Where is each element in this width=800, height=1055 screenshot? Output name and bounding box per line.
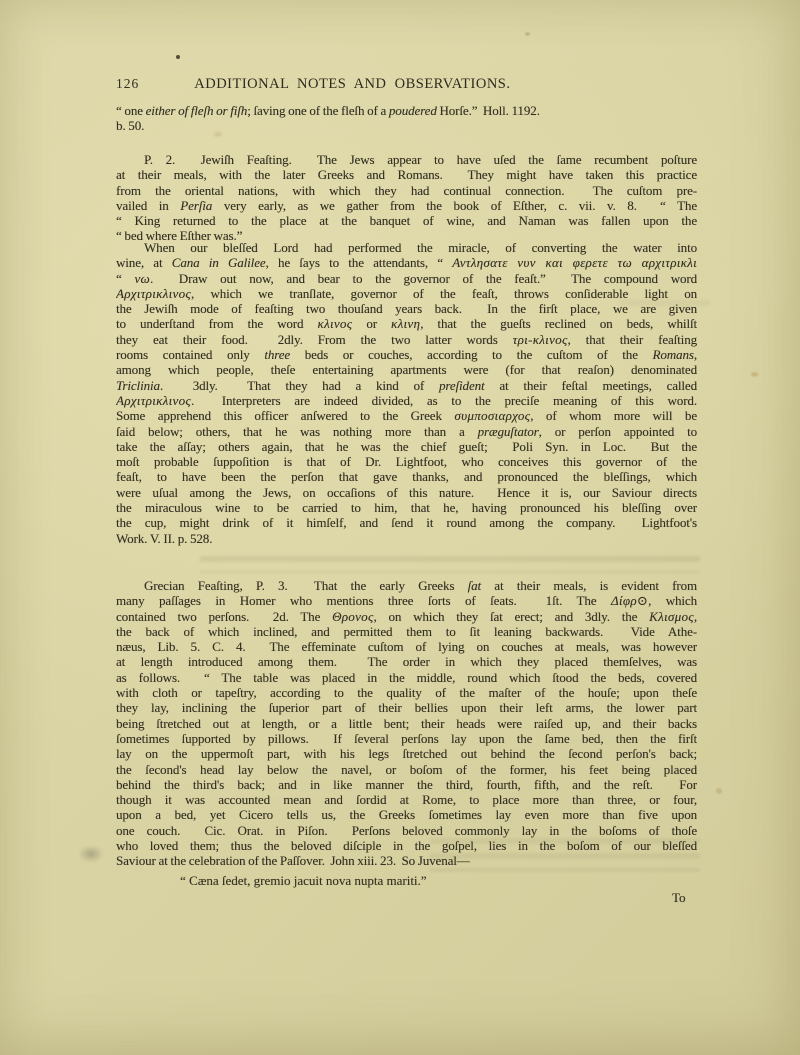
greek-text-run: νω: [134, 271, 150, 286]
greek-text-run: συμποσιαρχος: [454, 408, 530, 423]
text-run: take the aſſay; others again, that he wa…: [116, 439, 697, 454]
text-line: the miraculous wine to be carried to him…: [116, 500, 697, 515]
text-line: b. 50.: [116, 118, 697, 133]
text-run: . Interpreters are indeed divided, as to…: [191, 393, 697, 408]
text-run: b. 50.: [116, 118, 144, 133]
text-run: Horſe.” Holl. 1192.: [437, 103, 540, 118]
text-run: “: [116, 271, 134, 286]
text-line: ſometimes ſupported by pillows. If ſever…: [116, 731, 697, 746]
paragraph-jewish-feasting: P. 2. Jewiſh Feaſting. The Jews appear t…: [116, 152, 697, 244]
text-run: næus, Lib. 5. C. 4. The effeminate cuſto…: [116, 639, 697, 654]
text-run: the back of which inclined, and permitte…: [116, 624, 697, 639]
text-line: though it was accounted mean and ſordid …: [116, 792, 697, 807]
text-run: Saviour at the celebration of the Paſſov…: [116, 853, 470, 868]
greek-text-run: Αρχιτρικλινος: [116, 286, 191, 301]
text-line: Αρχιτρικλινος. Interpreters are indeed d…: [116, 393, 697, 408]
text-run: Work. V. II. p. 528.: [116, 531, 212, 546]
text-line: wine, at Cana in Galilee, he ſays to the…: [116, 255, 697, 270]
italic-text-run: three: [264, 347, 290, 362]
text-line: “ one either of fleſh or fiſh; ſaving on…: [116, 103, 697, 118]
text-line: the ſecond's head lay below the navel, o…: [116, 762, 697, 777]
latin-verse: “ Cæna ſedet, gremio jacuit nova nupta m…: [180, 873, 427, 888]
text-line: one couch. Cic. Orat. in Piſon. Perſons …: [116, 823, 697, 838]
text-run: feaſt, to have been the perſon that gave…: [116, 469, 697, 484]
paragraph-cana-miracle: When our bleſſed Lord had performed the …: [116, 240, 697, 546]
text-run: who loved them; thus the beloved diſcipl…: [116, 838, 697, 853]
text-run: though it was accounted mean and ſordid …: [116, 792, 697, 807]
text-line: feaſt, to have been the perſon that gave…: [116, 469, 697, 484]
text-run: , which we tranſlate, governor of the fe…: [191, 286, 697, 301]
text-run: P. 2. Jewiſh Feaſting. The Jews appear t…: [144, 152, 697, 167]
text-line: to underſtand from the word κλινος or κλ…: [116, 316, 697, 331]
text-line: lay on the uppermoſt part, with his legs…: [116, 746, 697, 761]
text-block: “ one either of fleſh or fiſh; ſaving on…: [116, 0, 697, 1055]
text-run: ,: [694, 347, 697, 362]
text-run: ſometimes ſupported by pillows. If ſever…: [116, 731, 697, 746]
text-line: who loved them; thus the beloved diſcipl…: [116, 838, 697, 853]
text-run: as follows. “ The table was placed in th…: [116, 670, 697, 685]
text-run: the cup, might drink of it himſelf, and …: [116, 515, 697, 530]
text-run: upon a bed, yet Cicero tells us, the Gre…: [116, 807, 697, 822]
text-run: vailed in: [116, 198, 180, 213]
text-run: being ſtretched out at length, or a litt…: [116, 716, 697, 731]
text-run: wine, at: [116, 255, 172, 270]
text-line: Αρχιτρικλινος, which we tranſlate, gover…: [116, 286, 697, 301]
text-run: , that their feaſting: [568, 332, 697, 347]
text-line: the Jewiſh mode of feaſting two thouſand…: [116, 301, 697, 316]
text-line: “ νω. Draw out now, and bear to the gove…: [116, 271, 697, 286]
text-line: upon a bed, yet Cicero tells us, the Gre…: [116, 807, 697, 822]
text-line: ſaid below; others, that he was nothing …: [116, 424, 697, 439]
text-run: ſaid below; others, that he was nothing …: [116, 424, 478, 439]
italic-text-run: poudered: [389, 103, 437, 118]
text-run: behind the third's back; and in like man…: [116, 777, 697, 792]
greek-text-run: κλινη: [391, 316, 420, 331]
text-line: they eat their food. 2dly. From the two …: [116, 332, 697, 347]
greek-text-run: τρι-κλινος: [513, 332, 568, 347]
greek-text-run: κλινος: [317, 316, 352, 331]
text-run: the Jewiſh mode of feaſting two thouſand…: [116, 301, 697, 316]
text-run: they lay, inclining the ſuperior part of…: [116, 700, 697, 715]
text-line: the cup, might drink of it himſelf, and …: [116, 515, 697, 530]
italic-text-run: Perſia: [180, 198, 212, 213]
greek-text-run: Κλισμος: [649, 609, 694, 624]
text-run: very early, as we gather from the book o…: [212, 198, 697, 213]
text-line: rooms contained only three beds or couch…: [116, 347, 697, 362]
text-line: take the aſſay; others again, that he wa…: [116, 439, 697, 454]
text-line: Triclinia. 3dly. That they had a kind of…: [116, 378, 697, 393]
text-line: Work. V. II. p. 528.: [116, 531, 697, 546]
text-run: “ King returned to the place at the banq…: [116, 213, 697, 228]
text-line: from the oriental nations, with which th…: [116, 183, 697, 198]
text-run: . Draw out now, and bear to the governor…: [150, 271, 697, 286]
text-run: were uſual among the Jews, on occaſions …: [116, 485, 697, 500]
italic-text-run: Cana in Galilee: [172, 255, 266, 270]
text-run: one couch. Cic. Orat. in Piſon. Perſons …: [116, 823, 697, 838]
text-run: the miraculous wine to be carried to him…: [116, 500, 697, 515]
text-line: were uſual among the Jews, on occaſions …: [116, 485, 697, 500]
text-run: , on which they ſat erect; and 3dly. the: [374, 609, 650, 624]
text-run: at their meals, is evident from: [481, 578, 697, 593]
text-line: moſt probable ſuppoſition is that of Dr.…: [116, 454, 697, 469]
paragraph-continuation: “ one either of fleſh or fiſh; ſaving on…: [116, 103, 697, 134]
text-line: behind the third's back; and in like man…: [116, 777, 697, 792]
italic-text-run: ſat: [468, 578, 481, 593]
text-run: rooms contained only: [116, 347, 264, 362]
foxing-spot: [751, 372, 758, 377]
text-line: When our bleſſed Lord had performed the …: [116, 240, 697, 255]
text-run: . 3dly. That they had a kind of: [160, 378, 439, 393]
foxing-spot: [716, 788, 722, 794]
text-line: contained two perſons. 2d. The Θρονος, o…: [116, 609, 697, 624]
text-run: Grecian Feaſting, P. 3. That the early G…: [144, 578, 468, 593]
ink-smudge: [78, 845, 104, 863]
text-run: , or perſon appointed to: [539, 424, 697, 439]
text-line: they lay, inclining the ſuperior part of…: [116, 700, 697, 715]
text-run: at their feſtal meetings, called: [485, 378, 697, 393]
text-run: at length introduced among them. The ord…: [116, 654, 697, 669]
italic-text-run: Triclinia: [116, 378, 160, 393]
paragraph-grecian-feasting: Grecian Feaſting, P. 3. That the early G…: [116, 578, 697, 869]
text-line: being ſtretched out at length, or a litt…: [116, 716, 697, 731]
text-run: among which people, theſe entertaining a…: [116, 362, 697, 377]
text-run: they eat their food. 2dly. From the two …: [116, 332, 513, 347]
text-run: ; ſaving one of the fleſh of a: [247, 103, 389, 118]
greek-text-run: Αρχιτρικλινος: [116, 393, 191, 408]
text-run: , he ſays to the attendants, “: [266, 255, 453, 270]
greek-text-run: Αντλησατε νυν και φερετε τω αρχιτρικλι: [452, 255, 697, 270]
greek-text-run: Δίφρ⊙: [611, 593, 648, 608]
italic-text-run: preſident: [439, 378, 485, 393]
text-line: among which people, theſe entertaining a…: [116, 362, 697, 377]
text-run: from the oriental nations, with which th…: [116, 183, 697, 198]
text-line: P. 2. Jewiſh Feaſting. The Jews appear t…: [116, 152, 697, 167]
text-line: the back of which inclined, and permitte…: [116, 624, 697, 639]
text-run: Some apprehend this officer anſwered to …: [116, 408, 454, 423]
text-line: as follows. “ The table was placed in th…: [116, 670, 697, 685]
text-line: Grecian Feaſting, P. 3. That the early G…: [116, 578, 697, 593]
text-line: næus, Lib. 5. C. 4. The effeminate cuſto…: [116, 639, 697, 654]
text-line: Some apprehend this officer anſwered to …: [116, 408, 697, 423]
text-run: , of whom more will be: [530, 408, 697, 423]
greek-text-run: Θρονος: [332, 609, 373, 624]
text-line: with cloth or tapeſtry, according to the…: [116, 685, 697, 700]
italic-text-run: either of fleſh or fiſh: [146, 103, 248, 118]
catchword: To: [672, 890, 686, 905]
text-line: “ King returned to the place at the banq…: [116, 213, 697, 228]
text-run: ,: [694, 609, 697, 624]
text-line: Saviour at the celebration of the Paſſov…: [116, 853, 697, 868]
text-run: beds or couches, according to the cuſtom…: [290, 347, 652, 362]
text-run: “ one: [116, 103, 146, 118]
text-run: When our bleſſed Lord had performed the …: [144, 240, 697, 255]
text-run: moſt probable ſuppoſition is that of Dr.…: [116, 454, 697, 469]
text-run: to underſtand from the word: [116, 316, 317, 331]
text-run: lay on the uppermoſt part, with his legs…: [116, 746, 697, 761]
text-line: at length introduced among them. The ord…: [116, 654, 697, 669]
text-line: at their meals, with the later Greeks an…: [116, 167, 697, 182]
text-run: contained two perſons. 2d. The: [116, 609, 332, 624]
text-run: or: [352, 316, 391, 331]
book-page: 126 ADDITIONAL NOTES AND OBSERVATIONS. “…: [0, 0, 800, 1055]
text-line: many paſſages in Homer who mentions thre…: [116, 593, 697, 608]
text-run: with cloth or tapeſtry, according to the…: [116, 685, 697, 700]
text-run: , which: [648, 593, 697, 608]
italic-text-run: Romans: [653, 347, 694, 362]
text-run: many paſſages in Homer who mentions thre…: [116, 593, 611, 608]
italic-text-run: præguſtator: [478, 424, 539, 439]
text-run: the ſecond's head lay below the navel, o…: [116, 762, 697, 777]
text-run: at their meals, with the later Greeks an…: [116, 167, 697, 182]
text-run: , that the gueſts reclined on beds, whil…: [420, 316, 697, 331]
text-line: vailed in Perſia very early, as we gathe…: [116, 198, 697, 213]
